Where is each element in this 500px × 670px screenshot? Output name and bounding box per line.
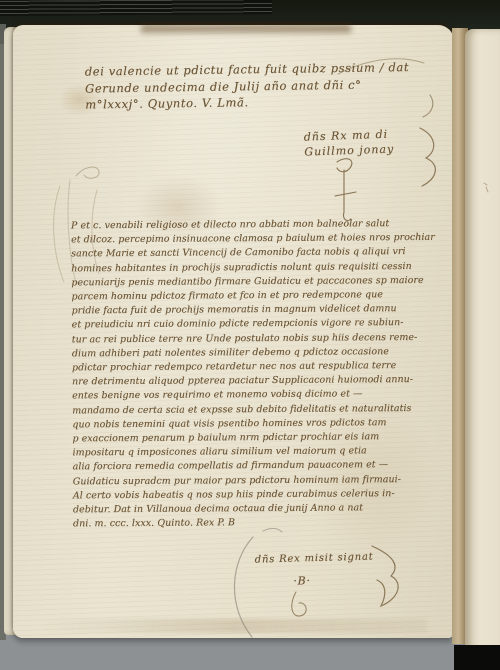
book-shadow	[454, 645, 500, 670]
body-line: pecuniarijs penis mediantibo firmare Gui…	[71, 273, 449, 290]
registration-note-block: dñs Rex misit signat ·B·	[255, 550, 375, 589]
letter-body-block: P et c. venabili religioso et dilecto nr…	[71, 217, 451, 532]
chancery-note-block: dñs Rx ma di Guillmo jonay	[304, 126, 395, 159]
body-line: dni. m. ccc. lxxx. Quinto. Rex P. B	[73, 515, 451, 532]
stacked-page-edges	[0, 0, 272, 16]
body-line: Al certo vobis habeatis q nos sup hiis p…	[73, 487, 451, 504]
header-text-block: dei valencie ut pdictu factu fuit quibz …	[85, 58, 446, 113]
manuscript-photo: dei valencie ut pdictu factu fuit quibz …	[0, 0, 500, 670]
body-line: tur ac rei publice terre nre Unde postul…	[72, 330, 450, 347]
manuscript-page: dei valencie ut pdictu factu fuit quibz …	[13, 25, 454, 638]
facing-page-edge	[465, 29, 500, 651]
registration-note-line: dñs Rex misit signat	[255, 550, 374, 567]
body-line: mandamo de certa scia et expsse sub debi…	[72, 401, 450, 418]
notary-initial: ·B·	[293, 572, 374, 588]
chancery-note-line: Guillmo jonay	[304, 141, 394, 159]
